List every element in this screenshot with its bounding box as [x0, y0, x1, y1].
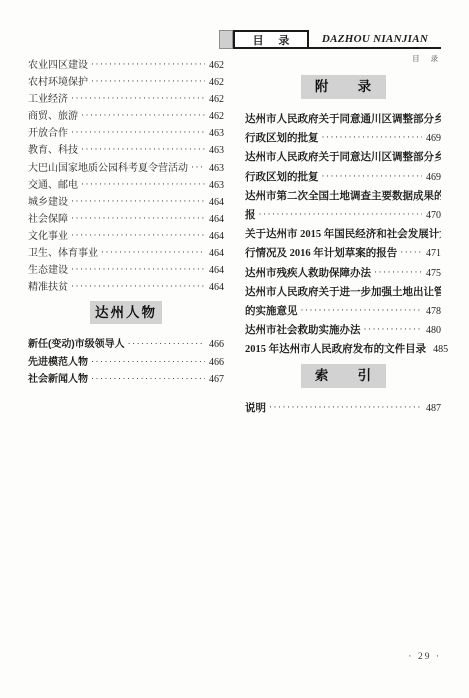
- running-head: 目 录: [219, 53, 441, 64]
- toc-entry-title-line: 达州市人民政府关于同意通川区调整部分乡镇: [245, 110, 441, 129]
- dot-leader: ········································…: [91, 59, 205, 69]
- toc-entry-title: 达州市残疾人救助保障办法: [245, 264, 371, 283]
- dot-leader: ········································…: [400, 243, 422, 262]
- toc-entry-page: 462: [209, 94, 224, 105]
- toc-entry-page: 475: [426, 264, 441, 283]
- toc-entry-title: 城乡建设: [28, 193, 68, 208]
- header-gray-square-icon: [219, 30, 233, 49]
- toc-entry-last-line: 农村环境保护··································…: [28, 73, 224, 90]
- toc-entry-title: 社会新闻人物: [28, 370, 88, 385]
- toc-entry-group: 达州市人民政府关于同意通川区调整部分乡镇行政区划的批复·············…: [245, 110, 441, 359]
- toc-entry-last-line: 达州市社会救助实施办法·····························…: [245, 321, 441, 340]
- toc-entry-title: 大巴山国家地质公园科考夏令营活动: [28, 159, 188, 174]
- toc-entry-last-line: 工业经济····································…: [28, 90, 224, 107]
- toc-entry-page: 464: [209, 231, 224, 242]
- toc-entry-title: 农业四区建设: [28, 56, 88, 71]
- dot-leader: ········································…: [101, 247, 205, 257]
- toc-entry-last-line: 行情况及 2016 年计划草案的报告······················…: [245, 244, 441, 263]
- dot-leader: ········································…: [91, 76, 205, 86]
- toc-entry[interactable]: 达州市残疾人救助保障办法····························…: [245, 264, 441, 283]
- toc-entry-last-line: 说明······································…: [245, 399, 441, 418]
- toc-entry-page: 480: [426, 321, 441, 340]
- dot-leader: ········································…: [301, 301, 423, 320]
- toc-entry-title-line: 关于达州市 2015 年国民经济和社会发展计划执: [245, 225, 441, 244]
- toc-entry-page: 487: [426, 399, 441, 418]
- toc-entry-last-line: 社会新闻人物··································…: [28, 370, 224, 385]
- toc-entry-group: 新任(变动)市级领导人·····························…: [28, 335, 224, 387]
- page-header: 目 录 DAZHOU NIANJIAN 目 录: [219, 30, 441, 64]
- toc-entry[interactable]: 社会保障····································…: [28, 210, 224, 227]
- toc-entry[interactable]: 农业四区建设··································…: [28, 56, 224, 73]
- yearbook-toc-page: 目 录 DAZHOU NIANJIAN 目 录 农业四区建设··········…: [0, 0, 469, 698]
- toc-entry[interactable]: 开放合作····································…: [28, 124, 224, 141]
- toc-entry-page: 469: [426, 168, 441, 187]
- dot-leader: ········································…: [322, 167, 423, 186]
- toc-entry[interactable]: 达州市人民政府关于进一步加强土地出让管理的实施意见···············…: [245, 283, 441, 321]
- toc-entry-page: 463: [209, 163, 224, 174]
- toc-entry-group: 说明······································…: [245, 399, 441, 418]
- toc-entry-last-line: 行政区划的批复·································…: [245, 168, 441, 187]
- toc-entry[interactable]: 达州市第二次全国土地调查主要数据成果的公报···················…: [245, 187, 441, 225]
- header-row: 目 录 DAZHOU NIANJIAN: [219, 30, 441, 49]
- dot-leader: ········································…: [81, 144, 205, 154]
- dot-leader: ········································…: [91, 373, 205, 383]
- toc-entry[interactable]: 社会新闻人物··································…: [28, 370, 224, 387]
- toc-entry-title: 新任(变动)市级领导人: [28, 335, 125, 350]
- toc-entry-group: 农业四区建设··································…: [28, 56, 224, 295]
- toc-entry-last-line: 精准扶贫····································…: [28, 278, 224, 295]
- dot-leader: ········································…: [71, 127, 205, 137]
- toc-header-label: 目 录: [253, 32, 290, 48]
- toc-entry-title: 生态建设: [28, 261, 68, 276]
- toc-entry-last-line: 的实施意见···································…: [245, 302, 441, 321]
- toc-entry-last-line: 新任(变动)市级领导人·····························…: [28, 335, 224, 350]
- dot-leader: ········································…: [81, 179, 205, 189]
- toc-entry-last-line: 教育、科技···································…: [28, 141, 224, 158]
- toc-entry-last-line: 交通、邮电···································…: [28, 176, 224, 193]
- toc-entry[interactable]: 文化事业····································…: [28, 227, 224, 244]
- toc-entry-title: 农村环境保护: [28, 73, 88, 88]
- toc-entry[interactable]: 大巴山国家地质公园科考夏令营活动························…: [28, 159, 224, 176]
- toc-header-box: 目 录: [233, 30, 309, 49]
- toc-entry-title: 先进模范人物: [28, 353, 88, 368]
- toc-entry-title: 行情况及 2016 年计划草案的报告: [245, 244, 397, 263]
- toc-entry-page: 462: [209, 77, 224, 88]
- section-heading: 达州人物: [90, 301, 162, 324]
- section-heading: 索 引: [301, 364, 386, 388]
- toc-entry-title: 2015 年达州市人民政府发布的文件目录: [245, 340, 426, 359]
- toc-entry-title: 卫生、体育事业: [28, 244, 98, 259]
- toc-entry[interactable]: 教育、科技···································…: [28, 141, 224, 158]
- toc-entry-title: 达州市社会救助实施办法: [245, 321, 361, 340]
- toc-entry-title: 报: [245, 206, 256, 225]
- toc-entry-title: 工业经济: [28, 90, 68, 105]
- toc-entry-title: 说明: [245, 399, 266, 418]
- toc-right-column: 附 录达州市人民政府关于同意通川区调整部分乡镇行政区划的批复··········…: [245, 70, 441, 419]
- toc-entry[interactable]: 先进模范人物··································…: [28, 353, 224, 370]
- toc-entry[interactable]: 达州市人民政府关于同意达川区调整部分乡镇行政区划的批复·············…: [245, 148, 441, 186]
- toc-entry[interactable]: 达州市社会救助实施办法·····························…: [245, 321, 441, 340]
- toc-entry-page: 463: [209, 145, 224, 156]
- toc-entry-title: 文化事业: [28, 227, 68, 242]
- toc-entry-page: 464: [209, 265, 224, 276]
- toc-entry-last-line: 商贸、旅游···································…: [28, 107, 224, 124]
- toc-entry[interactable]: 城乡建设····································…: [28, 193, 224, 210]
- toc-entry-last-line: 2015 年达州市人民政府发布的文件目录····················…: [245, 340, 441, 359]
- toc-entry-last-line: 大巴山国家地质公园科考夏令营活动························…: [28, 159, 224, 176]
- toc-entry-last-line: 社会保障····································…: [28, 210, 224, 227]
- toc-entry-page: 464: [209, 214, 224, 225]
- toc-entry[interactable]: 达州市人民政府关于同意通川区调整部分乡镇行政区划的批复·············…: [245, 110, 441, 148]
- toc-entry[interactable]: 生态建设····································…: [28, 261, 224, 278]
- dot-leader: ········································…: [71, 230, 205, 240]
- dot-leader: ········································…: [81, 110, 205, 120]
- dot-leader: ········································…: [71, 213, 205, 223]
- toc-entry-title: 行政区划的批复: [245, 168, 319, 187]
- toc-entry-page: 463: [209, 180, 224, 191]
- toc-entry-page: 464: [209, 248, 224, 259]
- toc-entry[interactable]: 工业经济····································…: [28, 90, 224, 107]
- toc-entry-page: 469: [426, 129, 441, 148]
- toc-entry-last-line: 文化事业····································…: [28, 227, 224, 244]
- toc-entry-last-line: 达州市残疾人救助保障办法····························…: [245, 264, 441, 283]
- dot-leader: ········································…: [364, 320, 423, 339]
- dot-leader: ········································…: [71, 264, 205, 274]
- toc-entry[interactable]: 精准扶贫····································…: [28, 278, 224, 295]
- toc-entry-page: 463: [209, 128, 224, 139]
- toc-entry-last-line: 开放合作····································…: [28, 124, 224, 141]
- toc-entry-title: 的实施意见: [245, 302, 298, 321]
- dot-leader: ········································…: [71, 281, 205, 291]
- toc-entry-last-line: 生态建设····································…: [28, 261, 224, 278]
- toc-entry-page: 467: [209, 374, 224, 385]
- toc-entry[interactable]: 2015 年达州市人民政府发布的文件目录····················…: [245, 340, 441, 359]
- toc-entry-last-line: 城乡建设····································…: [28, 193, 224, 210]
- toc-entry-title: 教育、科技: [28, 141, 78, 156]
- toc-entry-page: 485: [433, 340, 448, 359]
- toc-entry-title: 商贸、旅游: [28, 107, 78, 122]
- toc-entry-page: 471: [426, 244, 441, 263]
- dot-leader: ········································…: [128, 338, 205, 348]
- dot-leader: ········································…: [191, 162, 205, 172]
- toc-entry-last-line: 农业四区建设··································…: [28, 56, 224, 73]
- dot-leader: ········································…: [71, 196, 205, 206]
- toc-entry-page: 462: [209, 111, 224, 122]
- dot-leader: ········································…: [269, 398, 422, 417]
- toc-entry-page: 462: [209, 60, 224, 71]
- dot-leader: ········································…: [71, 93, 205, 103]
- toc-entry-page: 464: [209, 197, 224, 208]
- toc-entry[interactable]: 卫生、体育事业·································…: [28, 244, 224, 261]
- journal-title: DAZHOU NIANJIAN: [309, 30, 441, 49]
- toc-entry-page: 464: [209, 282, 224, 293]
- toc-entry-page: 466: [209, 357, 224, 368]
- toc-entry-page: 478: [426, 302, 441, 321]
- toc-entry-last-line: 行政区划的批复·································…: [245, 129, 441, 148]
- toc-entry-title: 社会保障: [28, 210, 68, 225]
- toc-entry-title-line: 达州市人民政府关于进一步加强土地出让管理: [245, 283, 441, 302]
- toc-entry-title: 开放合作: [28, 124, 68, 139]
- toc-entry[interactable]: 关于达州市 2015 年国民经济和社会发展计划执行情况及 2016 年计划草案的…: [245, 225, 441, 263]
- toc-entry-title: 精准扶贫: [28, 278, 68, 293]
- dot-leader: ········································…: [322, 128, 423, 147]
- toc-left-column: 农业四区建设··································…: [28, 56, 224, 387]
- toc-entry-title: 交通、邮电: [28, 176, 78, 191]
- toc-entry-page: 466: [209, 339, 224, 350]
- dot-leader: ········································…: [374, 263, 422, 282]
- toc-entry[interactable]: 农村环境保护··································…: [28, 73, 224, 90]
- toc-entry-last-line: 卫生、体育事业·································…: [28, 244, 224, 261]
- toc-entry-last-line: 报·······································…: [245, 206, 441, 225]
- toc-entry-title-line: 达州市人民政府关于同意达川区调整部分乡镇: [245, 148, 441, 167]
- toc-entry-page: 470: [426, 206, 441, 225]
- dot-leader: ········································…: [259, 205, 423, 224]
- toc-entry[interactable]: 商贸、旅游···································…: [28, 107, 224, 124]
- section-heading: 附 录: [301, 75, 386, 99]
- toc-entry-last-line: 先进模范人物··································…: [28, 353, 224, 368]
- dot-leader: ········································…: [91, 356, 205, 366]
- toc-entry-title: 行政区划的批复: [245, 129, 319, 148]
- toc-entry[interactable]: 交通、邮电···································…: [28, 176, 224, 193]
- page-number: · 29 ·: [408, 652, 441, 662]
- toc-entry-title-line: 达州市第二次全国土地调查主要数据成果的公: [245, 187, 441, 206]
- toc-entry[interactable]: 说明······································…: [245, 399, 441, 418]
- toc-entry[interactable]: 新任(变动)市级领导人·····························…: [28, 335, 224, 352]
